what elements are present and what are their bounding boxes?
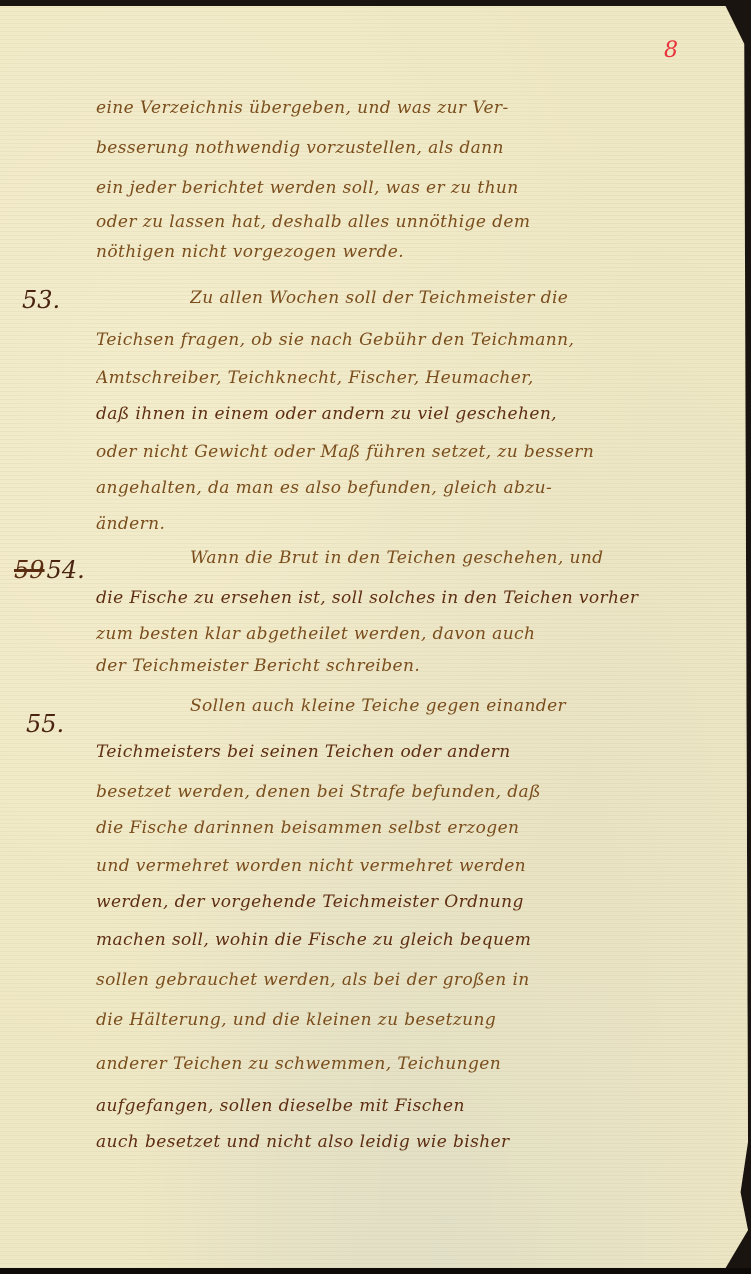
text-line: ändern. xyxy=(96,516,736,533)
text-line: aufgefangen, sollen dieselbe mit Fischen xyxy=(96,1098,736,1115)
text-line: oder zu lassen hat, deshalb alles unnöth… xyxy=(96,214,736,231)
text-line: besetzet werden, denen bei Strafe befund… xyxy=(96,784,736,801)
text-line: daß ihnen in einem oder andern zu viel g… xyxy=(96,406,736,423)
paragraph-number-53: 53. xyxy=(22,288,60,312)
text-line: sollen gebrauchet werden, als bei der gr… xyxy=(96,972,736,989)
text-line: oder nicht Gewicht oder Maß führen setze… xyxy=(96,444,736,461)
text-line: eine Verzeichnis übergeben, und was zur … xyxy=(96,100,736,117)
text-line: ein jeder berichtet werden soll, was er … xyxy=(96,180,736,197)
text-line: zum besten klar abgetheilet werden, davo… xyxy=(96,626,736,643)
text-line: die Fische darinnen beisammen selbst erz… xyxy=(96,820,736,837)
text-line: Teichmeisters bei seinen Teichen oder an… xyxy=(96,744,736,761)
page-number: 8 xyxy=(664,40,678,62)
text-line: angehalten, da man es also befunden, gle… xyxy=(96,480,736,497)
text-line: und vermehret worden nicht vermehret wer… xyxy=(96,858,736,875)
text-line: machen soll, wohin die Fische zu gleich … xyxy=(96,932,736,949)
text-line: besserung nothwendig vorzustellen, als d… xyxy=(96,140,736,157)
paragraph-number-55: 55. xyxy=(26,712,64,736)
text-line: nöthigen nicht vorgezogen werde. xyxy=(96,244,736,261)
text-line: Amtschreiber, Teichknecht, Fischer, Heum… xyxy=(96,370,736,387)
text-line: der Teichmeister Bericht schreiben. xyxy=(96,658,736,675)
text-line: Zu allen Wochen soll der Teichmeister di… xyxy=(190,290,751,307)
paragraph-number-54: 5954. xyxy=(14,558,85,582)
text-line: Sollen auch kleine Teiche gegen einander xyxy=(190,698,751,715)
scan-background-edge xyxy=(0,1268,751,1274)
text-line: Wann die Brut in den Teichen geschehen, … xyxy=(190,550,751,567)
struck-paragraph-number: 59 xyxy=(14,556,45,584)
text-line: die Hälterung, und die kleinen zu besetz… xyxy=(96,1012,736,1029)
text-line: Teichsen fragen, ob sie nach Gebühr den … xyxy=(96,332,736,349)
text-line: werden, der vorgehende Teichmeister Ordn… xyxy=(96,894,736,911)
text-line: auch besetzet und nicht also leidig wie … xyxy=(96,1134,736,1151)
text-line: anderer Teichen zu schwemmen, Teichungen xyxy=(96,1056,736,1073)
manuscript-page: 8 eine Verzeichnis übergeben, und was zu… xyxy=(0,6,748,1268)
text-line: die Fische zu ersehen ist, soll solches … xyxy=(96,590,736,607)
